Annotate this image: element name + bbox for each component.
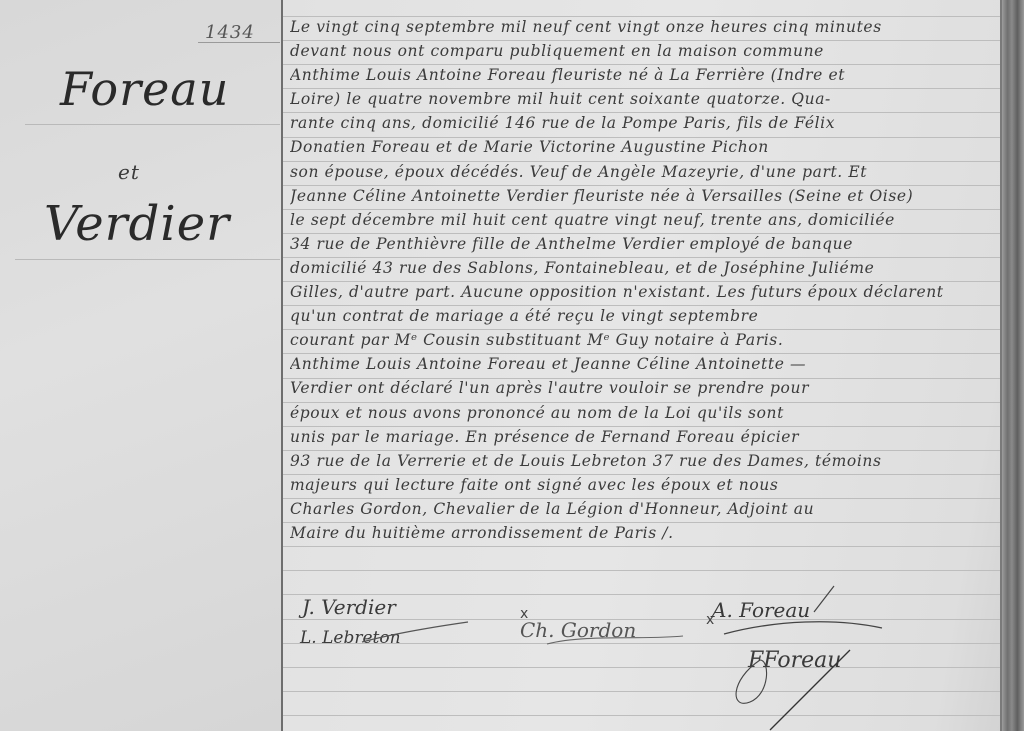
spouse-1-surname: Foreau (60, 62, 229, 116)
register-page: 1434 Foreau et Verdier Le vingt cinq sep… (0, 0, 1024, 731)
record-line: époux et nous avons prononcé au nom de l… (290, 402, 1000, 426)
ruled-line (283, 691, 1003, 692)
record-line: majeurs qui lecture faite ont signé avec… (290, 474, 1000, 498)
record-line: le sept décembre mil huit cent quatre vi… (290, 209, 1000, 233)
signature-flourish (730, 640, 860, 731)
signature-flourish (545, 630, 685, 650)
record-line: Anthime Louis Antoine Foreau fleuriste n… (290, 64, 1000, 88)
record-number-underline (198, 42, 280, 43)
record-number: 1434 (205, 22, 255, 43)
book-binding (1002, 0, 1024, 731)
record-line: rante cinq ans, domicilié 146 rue de la … (290, 112, 1000, 136)
signature-bride: J. Verdier (302, 595, 396, 619)
record-line: Maire du huitième arrondissement de Pari… (290, 522, 1000, 546)
record-line: qu'un contrat de mariage a été reçu le v… (290, 305, 1000, 329)
record-line: Donatien Foreau et de Marie Victorine Au… (290, 136, 1000, 160)
ruled-line (283, 570, 1003, 571)
record-line: 34 rue de Penthièvre fille de Anthelme V… (290, 233, 1000, 257)
margin-column: 1434 Foreau et Verdier (0, 0, 281, 731)
ruled-line (283, 715, 1003, 716)
spouse-2-surname: Verdier (44, 196, 230, 252)
ruled-line (283, 546, 1003, 547)
record-body: Le vingt cinq septembre mil neuf cent vi… (290, 16, 1000, 546)
record-line: domicilié 43 rue des Sablons, Fontainebl… (290, 257, 1000, 281)
margin-guide-line (25, 124, 280, 125)
record-line: Charles Gordon, Chevalier de la Légion d… (290, 498, 1000, 522)
record-line: Jeanne Céline Antoinette Verdier fleuris… (290, 185, 1000, 209)
record-line: Gilles, d'autre part. Aucune opposition … (290, 281, 1000, 305)
record-line: courant par Mᵉ Cousin substituant Mᵉ Guy… (290, 329, 1000, 353)
ruled-line (283, 667, 1003, 668)
margin-joiner: et (118, 160, 140, 184)
record-line: devant nous ont comparu publiquement en … (290, 40, 1000, 64)
record-line: Anthime Louis Antoine Foreau et Jeanne C… (290, 353, 1000, 377)
record-line: unis par le mariage. En présence de Fern… (290, 426, 1000, 450)
signature-flourish (360, 620, 470, 650)
record-line: 93 rue de la Verrerie et de Louis Lebret… (290, 450, 1000, 474)
signature-flourish (716, 582, 886, 642)
record-line: son épouse, époux décédés. Veuf de Angèl… (290, 161, 1000, 185)
record-line: Verdier ont déclaré l'un après l'autre v… (290, 377, 1000, 401)
record-line: Le vingt cinq septembre mil neuf cent vi… (290, 16, 1000, 40)
margin-guide-line (15, 259, 280, 260)
record-line: Loire) le quatre novembre mil huit cent … (290, 88, 1000, 112)
